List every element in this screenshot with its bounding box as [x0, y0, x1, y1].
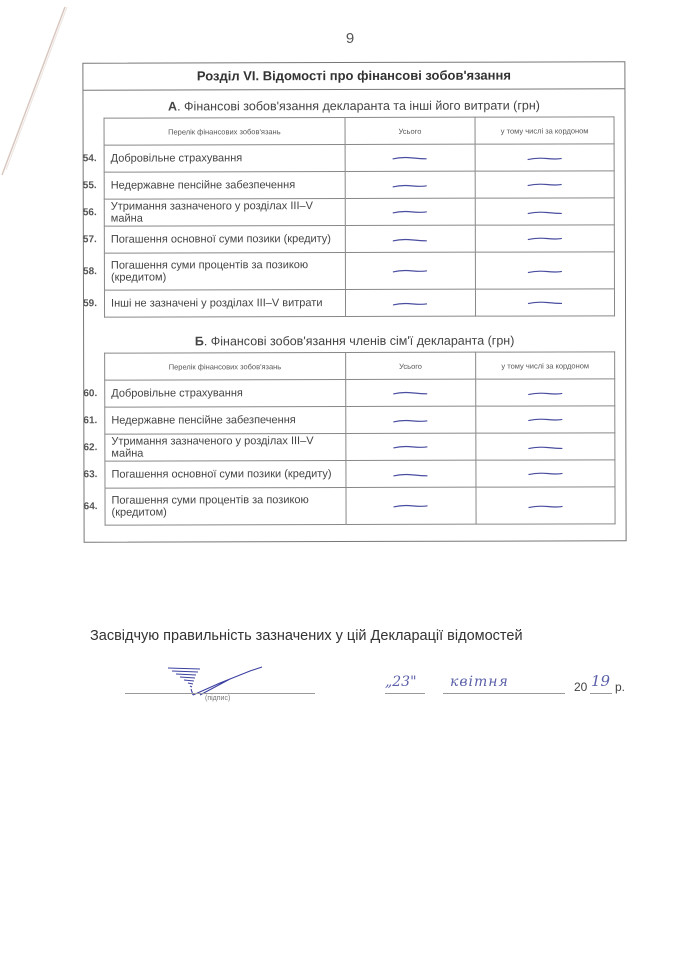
handwritten-dash-icon — [392, 155, 428, 161]
signature-line — [125, 693, 315, 694]
row-number: 63. — [75, 469, 97, 480]
row-label: 57.Погашення основної суми позики (креди… — [104, 226, 345, 254]
table-row: 61.Недержавне пенсійне забезпечення — [105, 406, 615, 434]
row-label: 58.Погашення суми процентів за позикою (… — [104, 253, 345, 291]
section-vi-box: Розділ VI. Відомості про фінансові зобов… — [82, 61, 626, 542]
handwritten-dash-icon — [527, 208, 563, 214]
handwritten-dash-icon — [527, 299, 563, 305]
row-label: 55.Недержавне пенсійне забезпечення — [104, 172, 345, 200]
row-total-value — [346, 460, 477, 487]
handwritten-dash-icon — [527, 181, 563, 187]
row-abroad-value — [475, 171, 614, 198]
row-total-value — [345, 225, 476, 252]
row-number: 59. — [75, 298, 97, 309]
handwritten-dash-icon — [392, 182, 428, 188]
row-abroad-value — [476, 252, 615, 289]
row-label-text: Погашення суми процентів за позикою (кре… — [112, 494, 309, 519]
row-label-text: Утримання зазначеного у розділах III–V м… — [111, 200, 313, 225]
date-day-line — [385, 693, 425, 694]
part-a-table: Перелік фінансових зобов'язань Усього у … — [104, 116, 616, 317]
part-a-letter: А — [168, 99, 177, 113]
row-label-text: Добровільне страхування — [111, 152, 243, 164]
part-b-letter: Б — [195, 334, 204, 348]
date-year-line — [590, 693, 612, 694]
handwritten-dash-icon — [528, 470, 564, 476]
row-abroad-value — [476, 406, 615, 433]
date-day: „23" — [385, 674, 417, 690]
row-number: 54. — [75, 153, 97, 164]
row-label-text: Недержавне пенсійне забезпечення — [111, 414, 295, 426]
table-row: 63.Погашення основної суми позики (креди… — [105, 460, 615, 488]
table-row: 56.Утримання зазначеного у розділах III–… — [104, 198, 614, 226]
column-header-total: Усього — [345, 117, 476, 144]
column-header-abroad: у тому числі за кордоном — [475, 117, 614, 144]
row-abroad-value — [476, 487, 615, 524]
handwritten-dash-icon — [527, 443, 563, 449]
row-label: 64.Погашення суми процентів за позикою (… — [105, 488, 346, 526]
table-row: 64.Погашення суми процентів за позикою (… — [105, 487, 615, 525]
row-abroad-value — [475, 144, 614, 171]
handwritten-dash-icon — [393, 471, 429, 477]
column-header-total: Усього — [345, 352, 476, 379]
row-label-text: Погашення основної суми позики (кредиту) — [111, 468, 331, 481]
row-label-text: Погашення суми процентів за позикою (кре… — [111, 259, 308, 284]
row-abroad-value — [476, 460, 615, 487]
row-total-value — [345, 433, 476, 460]
row-label: 59.Інші не зазначені у розділах III–V ви… — [104, 290, 345, 318]
row-label-text: Інші не зазначені у розділах III–V витра… — [111, 297, 322, 310]
part-b-title: Б. Фінансові зобов'язання членів сім'ї д… — [84, 333, 625, 348]
row-number: 64. — [76, 501, 98, 512]
row-number: 56. — [75, 207, 97, 218]
row-abroad-value — [476, 379, 615, 406]
row-total-value — [345, 289, 476, 316]
handwritten-dash-icon — [393, 390, 429, 396]
handwritten-dash-icon — [392, 268, 428, 274]
row-total-value — [345, 144, 476, 171]
handwritten-dash-icon — [392, 209, 428, 215]
date-year-unit: р. — [615, 680, 625, 694]
handwritten-dash-icon — [392, 236, 428, 242]
row-label-text: Недержавне пенсійне забезпечення — [111, 179, 295, 191]
row-number: 60. — [75, 388, 97, 399]
section-title: Розділ VI. Відомості про фінансові зобов… — [83, 62, 624, 90]
handwritten-dash-icon — [528, 502, 564, 508]
part-a-title: А. Фінансові зобов'язання декларанта та … — [83, 98, 624, 113]
handwritten-dash-icon — [392, 300, 428, 306]
signature-caption: (підпис) — [205, 695, 230, 702]
row-number: 58. — [75, 266, 97, 277]
row-label-text: Добровільне страхування — [111, 387, 243, 399]
row-abroad-value — [475, 225, 614, 252]
row-abroad-value — [476, 433, 615, 460]
handwritten-dash-icon — [527, 416, 563, 422]
date-month-line — [443, 693, 565, 694]
date-month: квітня — [450, 674, 509, 690]
date-year-prefix: 20 — [574, 680, 587, 694]
part-b-table: Перелік фінансових зобов'язань Усього у … — [104, 351, 615, 525]
handwritten-dash-icon — [527, 235, 563, 241]
row-label: 60.Добровільне страхування — [105, 380, 346, 408]
row-label: 54.Добровільне страхування — [104, 145, 345, 173]
handwritten-dash-icon — [527, 267, 563, 273]
row-number: 57. — [75, 234, 97, 245]
row-label: 62.Утримання зазначеного у розділах III–… — [105, 434, 346, 462]
row-total-value — [345, 171, 476, 198]
row-total-value — [345, 252, 476, 289]
row-number: 61. — [75, 415, 97, 426]
column-header-abroad: у тому числі за кордоном — [476, 352, 615, 379]
row-number: 55. — [75, 180, 97, 191]
row-total-value — [345, 379, 476, 406]
table-row: 54.Добровільне страхування — [104, 144, 614, 172]
row-label: 63.Погашення основної суми позики (креди… — [105, 461, 346, 489]
certification-text: Засвідчую правильність зазначених у цій … — [90, 628, 523, 644]
table-row: 59.Інші не зазначені у розділах III–V ви… — [104, 289, 614, 317]
row-abroad-value — [475, 198, 614, 225]
row-abroad-value — [476, 289, 615, 316]
handwritten-dash-icon — [393, 503, 429, 509]
table-row: 62.Утримання зазначеного у розділах III–… — [105, 433, 615, 461]
part-a-title-text: . Фінансові зобов'язання декларанта та і… — [177, 99, 540, 114]
row-total-value — [346, 487, 477, 524]
table-row: 55.Недержавне пенсійне забезпечення — [104, 171, 614, 199]
part-b-title-text: . Фінансові зобов'язання членів сім'ї де… — [204, 334, 515, 349]
table-row: 60.Добровільне страхування — [105, 379, 615, 407]
page-number: 9 — [0, 30, 700, 47]
date-year-suffix: 19 — [591, 672, 610, 690]
handwritten-dash-icon — [393, 444, 429, 450]
column-header-list: Перелік фінансових зобов'язань — [104, 118, 345, 146]
row-label: 61.Недержавне пенсійне забезпечення — [105, 407, 346, 435]
table-row: 58.Погашення суми процентів за позикою (… — [104, 252, 614, 290]
row-label-text: Погашення основної суми позики (кредиту) — [111, 233, 331, 246]
table-row: 57.Погашення основної суми позики (креди… — [104, 225, 614, 253]
row-label-text: Утримання зазначеного у розділах III–V м… — [111, 435, 313, 460]
handwritten-dash-icon — [393, 417, 429, 423]
handwritten-dash-icon — [527, 389, 563, 395]
row-total-value — [345, 406, 476, 433]
handwritten-dash-icon — [527, 154, 563, 160]
row-number: 62. — [75, 442, 97, 453]
row-label: 56.Утримання зазначеного у розділах III–… — [104, 199, 345, 227]
column-header-list: Перелік фінансових зобов'язань — [105, 353, 346, 381]
row-total-value — [345, 198, 476, 225]
